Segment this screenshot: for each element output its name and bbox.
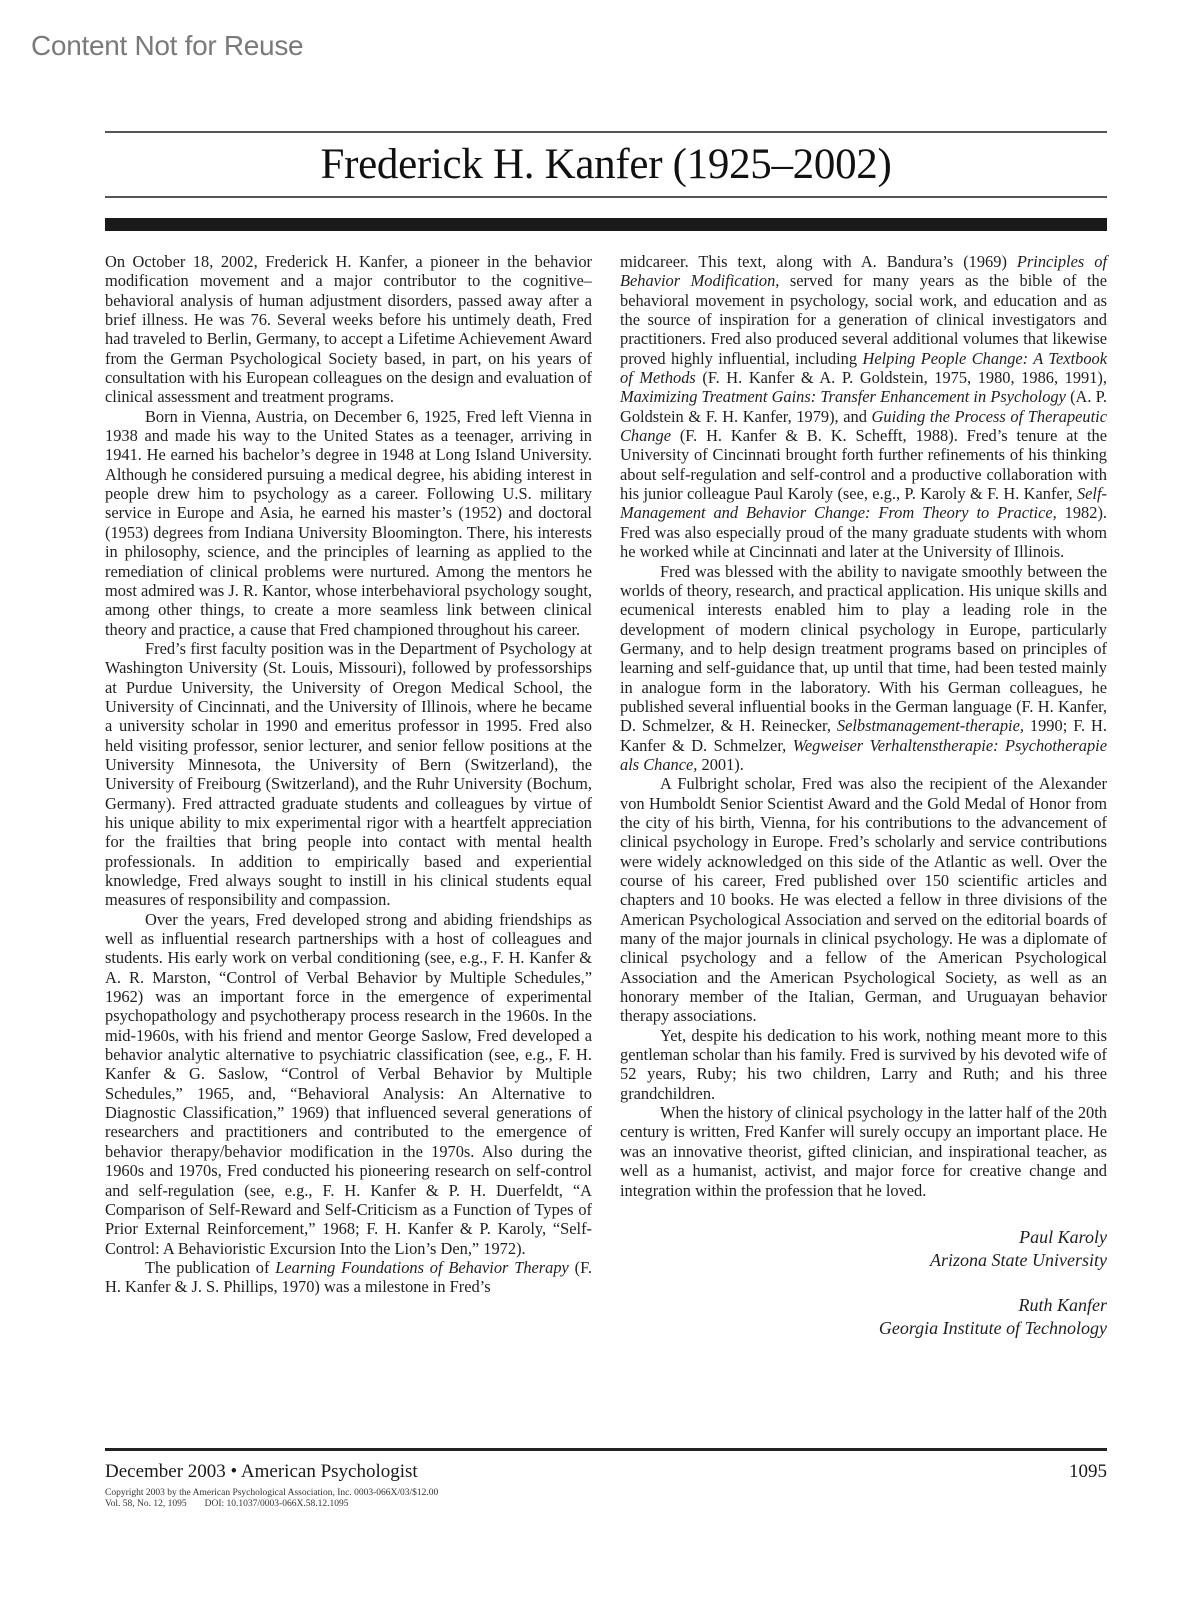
paragraph: Born in Vienna, Austria, on December 6, … — [105, 407, 592, 639]
paragraph: Fred was blessed with the ability to nav… — [620, 562, 1107, 775]
citation-line: Vol. 58, No. 12, 1095DOI: 10.1037/0003-0… — [105, 1499, 438, 1510]
footer-rule — [105, 1448, 1107, 1451]
volume-info: Vol. 58, No. 12, 1095 — [105, 1499, 187, 1509]
author-affiliation: Arizona State University — [620, 1249, 1107, 1272]
text-run: midcareer. This text, along with A. Band… — [620, 252, 1017, 271]
page-number: 1095 — [1069, 1460, 1107, 1484]
paragraph: Over the years, Fred developed strong an… — [105, 910, 592, 1258]
copyright-line: Copyright 2003 by the American Psycholog… — [105, 1488, 438, 1499]
footer: December 2003 • American Psychologist 10… — [105, 1460, 1107, 1484]
signature-block: Paul Karoly Arizona State University — [620, 1226, 1107, 1272]
text-run: Fred was blessed with the ability to nav… — [620, 562, 1107, 736]
paragraph: On October 18, 2002, Frederick H. Kanfer… — [105, 252, 592, 407]
paragraph: A Fulbright scholar, Fred was also the r… — [620, 774, 1107, 1025]
paragraph: The publication of Learning Foundations … — [105, 1258, 592, 1297]
author-name: Ruth Kanfer — [620, 1294, 1107, 1317]
title-bottom-rule — [105, 196, 1107, 198]
book-title: Maximizing Treatment Gains: Transfer Enh… — [620, 387, 1066, 406]
right-column: midcareer. This text, along with A. Band… — [620, 252, 1107, 1340]
text-run: (F. H. Kanfer & A. P. Goldstein, 1975, 1… — [696, 368, 1107, 387]
copyright-block: Copyright 2003 by the American Psycholog… — [105, 1488, 438, 1510]
author-affiliation: Georgia Institute of Technology — [620, 1317, 1107, 1340]
journal-issue: December 2003 • American Psychologist — [105, 1461, 418, 1482]
book-title: Selbstmanage­ment-therapie, — [837, 716, 1024, 735]
signature-block: Ruth Kanfer Georgia Institute of Technol… — [620, 1294, 1107, 1340]
header-thick-rule — [105, 218, 1107, 231]
article-title: Frederick H. Kanfer (1925–2002) — [105, 133, 1107, 196]
watermark: Content Not for Reuse — [31, 30, 303, 62]
paragraph: Fred’s first faculty position was in the… — [105, 639, 592, 910]
text-run: 2001). — [697, 755, 743, 774]
book-title: Learning Foundations of Behavior Therapy — [275, 1258, 569, 1277]
text-run: (F. H. Kanfer & B. K. Schefft, 1988). Fr… — [620, 426, 1107, 503]
paragraph: When the history of clinical psychology … — [620, 1103, 1107, 1200]
title-block: Frederick H. Kanfer (1925–2002) — [105, 131, 1107, 198]
doi: DOI: 10.1037/0003-066X.58.12.1095 — [205, 1499, 349, 1509]
author-name: Paul Karoly — [620, 1226, 1107, 1249]
text-run: The publication of — [145, 1258, 275, 1277]
paragraph: midcareer. This text, along with A. Band… — [620, 252, 1107, 562]
left-column: On October 18, 2002, Frederick H. Kanfer… — [105, 252, 592, 1297]
paragraph: Yet, despite his dedication to his work,… — [620, 1026, 1107, 1103]
